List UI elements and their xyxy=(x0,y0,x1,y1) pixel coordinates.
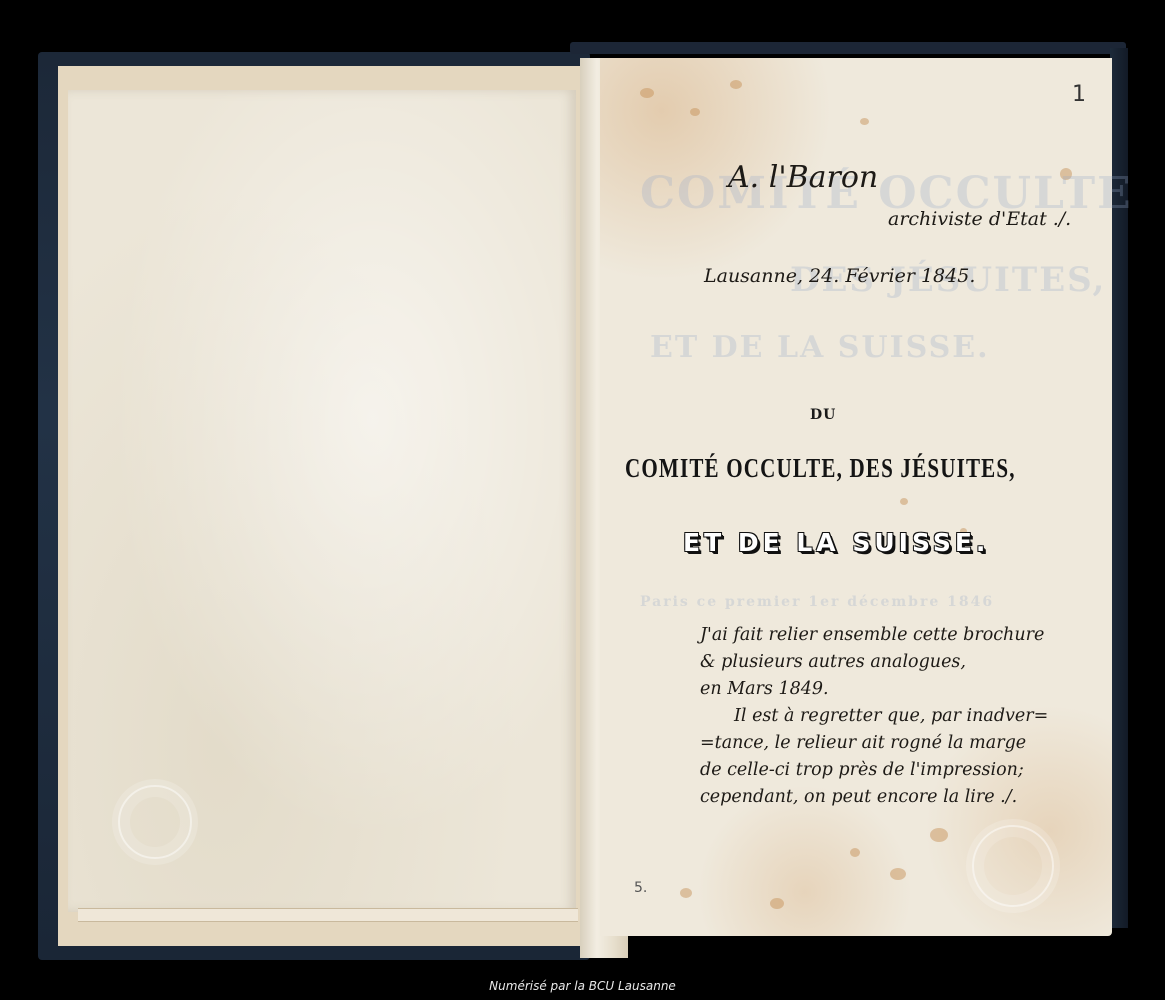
embossed-library-stamp-icon xyxy=(972,825,1054,907)
digitization-credit: Numérisé par la BCU Lausanne xyxy=(0,979,1165,993)
note-line: J'ai fait relier ensemble cette brochure xyxy=(700,622,1040,649)
margin-pencil-mark: 5. xyxy=(634,880,647,896)
title-du: DU xyxy=(810,407,836,423)
bleed-through-text: Paris ce premier 1er décembre 1846 xyxy=(640,594,994,610)
note-line: cependant, on peut encore la lire ./. xyxy=(700,784,1040,811)
inscription-place-date: Lausanne, 24. Février 1845. xyxy=(704,265,975,287)
bleed-through-text: ET DE LA SUISSE. xyxy=(650,330,990,365)
note-line: =tance, le relieur ait rogné la marge xyxy=(700,730,1040,757)
right-cover-top xyxy=(570,42,1126,54)
note-line: de celle-ci trop près de l'impression; xyxy=(700,757,1040,784)
title-main: COMITÉ OCCULTE, DES JÉSUITES, xyxy=(625,453,1016,484)
note-line: Il est à regretter que, par inadver= xyxy=(700,703,1040,730)
embossed-library-stamp-icon xyxy=(118,785,192,859)
handwritten-note: J'ai fait relier ensemble cette brochure… xyxy=(700,622,1040,811)
inscription-title: archiviste d'Etat ./. xyxy=(888,208,1071,230)
page-number: 1 xyxy=(1072,82,1086,107)
title-subtitle: ET DE LA SUISSE. xyxy=(683,528,989,557)
flyleaf-bottom-strip xyxy=(78,908,578,922)
inscription-name: A. l'Baron xyxy=(728,160,878,195)
note-line: & plusieurs autres analogues, xyxy=(700,649,1040,676)
note-line: en Mars 1849. xyxy=(700,676,1040,703)
